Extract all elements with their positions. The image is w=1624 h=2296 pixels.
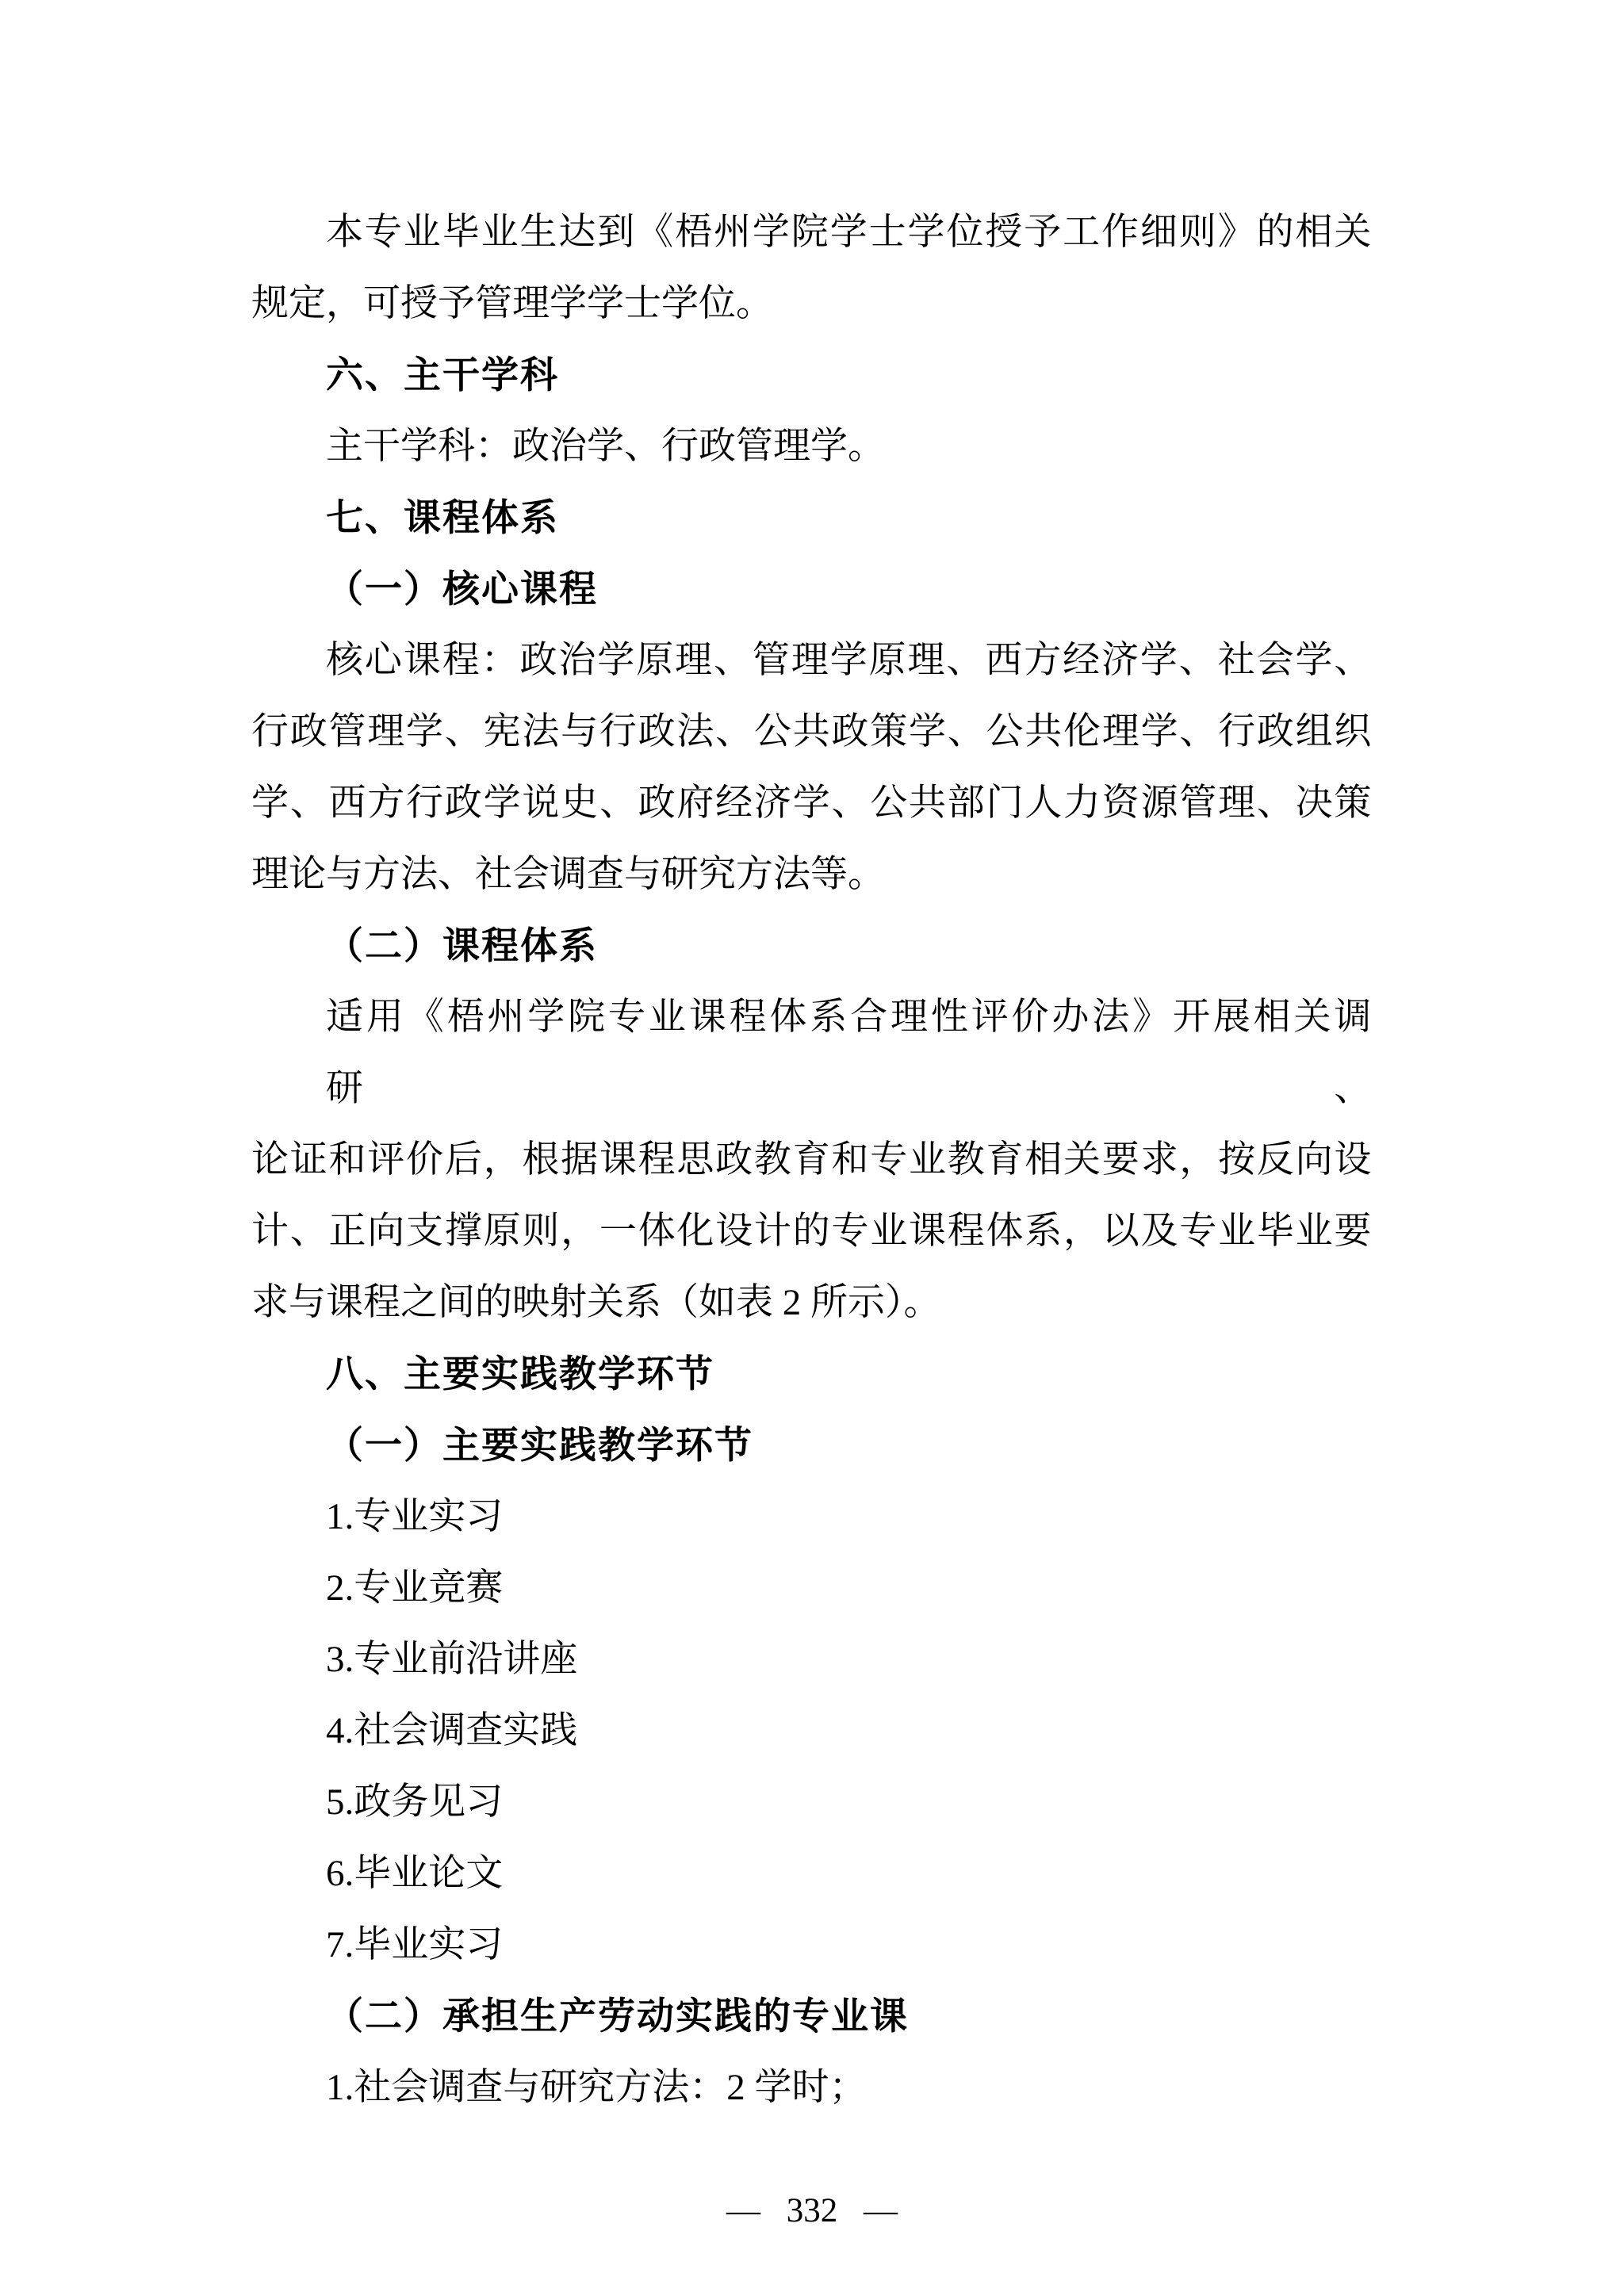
paragraph-line: 适用《梧州学院专业课程体系合理性评价办法》开展相关调研、 (251, 982, 1373, 1124)
page-footer: — 332 — (0, 2175, 1624, 2247)
page-number: — 332 — (726, 2192, 898, 2229)
paragraph-line: 学、西方行政学说史、政府经济学、公共部门人力资源管理、决策 (251, 767, 1373, 839)
section-heading: （二）课程体系 (251, 910, 1373, 982)
list-item: 6.毕业论文 (251, 1838, 1373, 1909)
list-item: 4.社会调查实践 (251, 1695, 1373, 1766)
list-item: 1.专业实习 (251, 1481, 1373, 1552)
section-heading: （一）核心课程 (251, 553, 1373, 625)
list-item: 7.毕业实习 (251, 1909, 1373, 1980)
paragraph-line: 求与课程之间的映射关系（如表 2 所示）。 (251, 1267, 1373, 1338)
list-item: 3.专业前沿讲座 (251, 1624, 1373, 1695)
section-heading: （二）承担生产劳动实践的专业课 (251, 1980, 1373, 2052)
document-page: 本专业毕业生达到《梧州学院学士学位授予工作细则》的相关规定，可授予管理学学士学位… (0, 0, 1624, 2296)
section-heading: 六、主干学科 (251, 339, 1373, 411)
list-item: 2.专业竞赛 (251, 1552, 1373, 1624)
page: { "page": { "background": "#ffffff", "te… (0, 0, 1624, 2296)
section-heading: （一）主要实践教学环节 (251, 1410, 1373, 1481)
paragraph-line: 理论与方法、社会调查与研究方法等。 (251, 839, 1373, 910)
paragraph-line: 本专业毕业生达到《梧州学院学士学位授予工作细则》的相关 (251, 197, 1373, 268)
paragraph-line: 主干学科：政治学、行政管理学。 (251, 411, 1373, 482)
document-body: 本专业毕业生达到《梧州学院学士学位授予工作细则》的相关规定，可授予管理学学士学位… (251, 197, 1373, 2123)
section-heading: 八、主要实践教学环节 (251, 1338, 1373, 1410)
paragraph-line: 论证和评价后，根据课程思政教育和专业教育相关要求，按反向设 (251, 1124, 1373, 1196)
list-item: 5.政务见习 (251, 1766, 1373, 1838)
paragraph-line: 计、正向支撑原则，一体化设计的专业课程体系，以及专业毕业要 (251, 1196, 1373, 1267)
paragraph-line: 1.社会调查与研究方法：2 学时； (251, 2052, 1373, 2123)
paragraph-line: 核心课程：政治学原理、管理学原理、西方经济学、社会学、 (251, 625, 1373, 696)
paragraph-line: 规定，可授予管理学学士学位。 (251, 268, 1373, 339)
paragraph-line: 行政管理学、宪法与行政法、公共政策学、公共伦理学、行政组织 (251, 696, 1373, 767)
section-heading: 七、课程体系 (251, 482, 1373, 553)
